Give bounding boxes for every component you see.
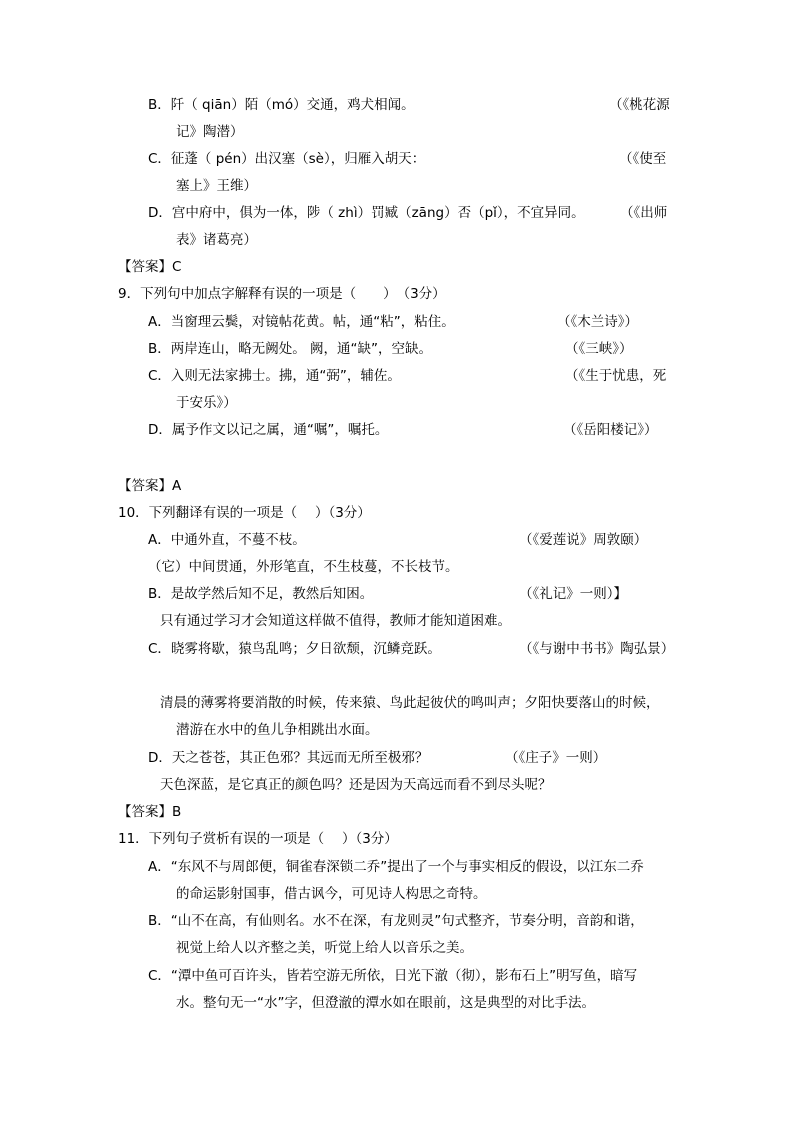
text-line: 【答案】C [118, 258, 181, 276]
text-line: 潜游在水中的鱼儿争相跳出水面。 [176, 721, 379, 739]
text-line: B．“山不在高，有仙则名。水不在深，有龙则灵”句式整齐，节奏分明，音韵和谐， [148, 912, 644, 930]
text-line: 水。整句无一“水”字，但澄澈的潭水如在眼前，这是典型的对比手法。 [176, 994, 595, 1012]
text-line: A．中通外直，不蔓不枝。 [148, 531, 306, 549]
text-line: B．是故学然后知不足，教然后知困。 [148, 585, 373, 603]
source-citation: （《使至 [619, 150, 666, 168]
text-line: 11．下列句子赏析有误的一项是（ ）（3分） [118, 830, 398, 848]
text-line: D．宫中府中，俱为一体，陟（ zhì）罚臧（zāng）否（pǐ），不宜异同。 [148, 204, 585, 222]
text-line: C．“潭中鱼可百许头，皆若空游无所依，日光下澈（彻），影布石上”明写鱼，暗写 [148, 967, 637, 985]
text-line: （它）中间贯通，外形笔直，不生枝蔓，不长枝节。 [148, 558, 459, 576]
text-line: B．两岸连山，略无阙处。 阙，通“缺”，空缺。 [148, 340, 432, 358]
text-line: A．当窗理云鬓，对镜帖花黄。帖，通“粘”，粘住。 [148, 313, 455, 331]
text-line: 天色深蓝，是它真正的颜色吗？还是因为天高远而看不到尽头呢？ [160, 776, 552, 794]
source-citation: （《礼记》一则）】 [519, 585, 627, 603]
text-line: A．“东风不与周郎便，铜雀春深锁二乔”提出了一个与事实相反的假设，以江东二乔 [148, 858, 644, 876]
text-line: D．天之苍苍，其正色邪？其远而无所至极邪？ [148, 749, 428, 767]
source-citation: （《木兰诗》） [557, 313, 638, 331]
text-line: 只有通过学习才会知道这样做不值得，教师才能知道困难。 [160, 612, 511, 630]
text-line: 视觉上给人以齐整之美，听觉上给人以音乐之美。 [176, 939, 473, 957]
text-line: 【答案】B [118, 803, 181, 821]
text-line: C．征蓬（ pén）出汉塞（sè），归雁入胡天： [148, 150, 425, 168]
text-line: 表》诸葛亮） [176, 231, 257, 249]
text-line: 于安乐》） [176, 394, 237, 412]
text-line: B．阡（ qiān）陌（mó）交通，鸡犬相闻。 [148, 96, 415, 114]
text-line: 记》陶潜） [176, 123, 244, 141]
source-citation: （《与谢中书书》陶弘景） [519, 640, 674, 658]
text-line: D．属予作文以记之属，通“嘱”，嘱托。 [148, 421, 388, 439]
text-line: 【答案】A [118, 477, 181, 495]
text-line: C．晓雾将歇，猿鸟乱鸣；夕日欲颓，沉鳞竞跃。 [148, 640, 441, 658]
text-line: C．入则无法家拂士。拂，通“弼”，辅佐。 [148, 367, 401, 385]
text-line: 的命运影射国事，借古讽今，可见诗人构思之奇特。 [176, 885, 487, 903]
source-citation: （《岳阳楼记》） [563, 421, 658, 439]
text-line: 塞上》王维） [176, 177, 257, 195]
source-citation: （《爱莲说》周敦颐） [519, 531, 647, 549]
source-citation: （《生于忧患，死 [565, 367, 666, 385]
text-line: 清晨的薄雾将要消散的时候，传来猿、鸟此起彼伏的鸣叫声；夕阳快要落山的时候， [160, 694, 660, 712]
text-line: 9．下列句中加点字解释有误的一项是（ ） （3分） [118, 285, 446, 303]
source-citation: （《桃花源 [609, 96, 670, 114]
source-citation: （《出师 [620, 204, 667, 222]
source-citation: （《三峡》） [565, 340, 633, 358]
text-line: 10．下列翻译有误的一项是（ ）（3分） [118, 504, 371, 522]
source-citation: （《庄子》一则） [505, 749, 606, 767]
